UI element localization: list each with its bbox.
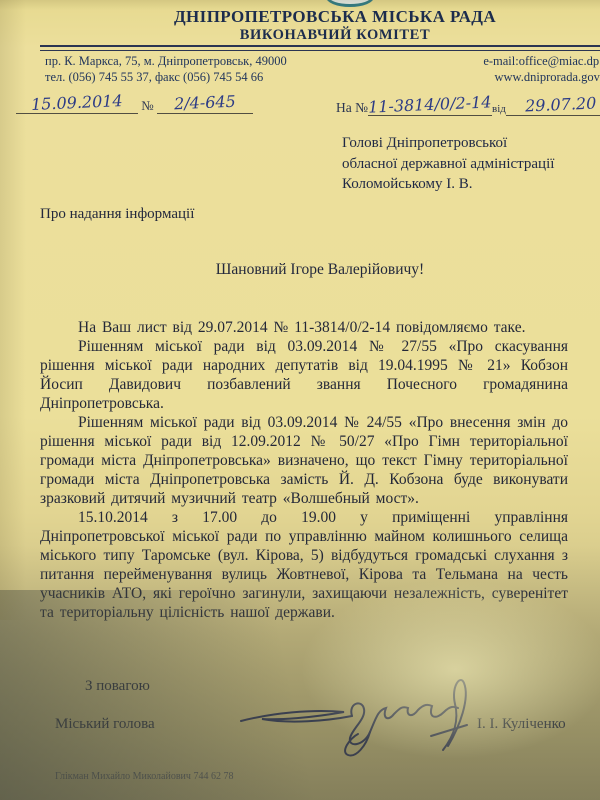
outgoing-number-handwritten: 2/4-645 bbox=[174, 92, 236, 114]
salutation: Шановний Ігоре Валерійовичу! bbox=[40, 261, 600, 279]
addressee-block: Голові Дніпропетровської обласної держав… bbox=[342, 133, 554, 195]
address-line-1: пр. К. Маркса, 75, м. Дніпропетровськ, 4… bbox=[45, 53, 287, 69]
addressee-line-3: Коломойському І. В. bbox=[342, 174, 554, 195]
number-sign-label: № bbox=[141, 98, 153, 113]
incoming-date-line: 29.07.20 bbox=[506, 94, 600, 116]
incoming-reference: На №11-3814/0/2-14від29.07.20 bbox=[336, 94, 600, 116]
outgoing-reference: 15.09.2014 № 2/4-645 bbox=[16, 92, 253, 114]
incoming-number-handwritten: 11-3814/0/2-14 bbox=[368, 92, 492, 116]
reply-to-label: На № bbox=[336, 100, 368, 115]
signer-name: І. І. Куліченко bbox=[477, 716, 566, 733]
body-paragraph-2: Рішенням міської ради від 03.09.2014 № 2… bbox=[40, 337, 568, 413]
letterhead-divider bbox=[40, 45, 600, 51]
addressee-line-1: Голові Дніпропетровської bbox=[342, 133, 554, 154]
addressee-line-2: обласної державної адміністрації bbox=[342, 154, 554, 175]
closing-regards: З повагою bbox=[85, 678, 150, 695]
letterhead-address: пр. К. Маркса, 75, м. Дніпропетровськ, 4… bbox=[45, 53, 287, 85]
body-paragraph-3: Рішенням міської ради від 03.09.2014 № 2… bbox=[40, 413, 568, 508]
incoming-date-handwritten: 29.07.20 bbox=[525, 93, 597, 115]
scanned-letter-page: ДНІПРОПЕТРОВСЬКА МІСЬКА РАДА ВИКОНАВЧИЙ … bbox=[0, 0, 600, 800]
organization-name: ДНІПРОПЕТРОВСЬКА МІСЬКА РАДА bbox=[70, 7, 600, 27]
signer-position: Міський голова bbox=[55, 716, 155, 733]
email-line: e-mail:office@miac.dp.ua bbox=[483, 53, 600, 69]
organization-unit: ВИКОНАВЧИЙ КОМІТЕТ bbox=[70, 27, 600, 44]
incoming-number-line: 11-3814/0/2-14 bbox=[368, 94, 492, 116]
subject-line: Про надання інформації bbox=[40, 206, 194, 223]
letterhead-contacts: e-mail:office@miac.dp.ua www.dniprorada.… bbox=[483, 53, 600, 85]
website-line: www.dniprorada.gov.ua bbox=[483, 69, 600, 85]
address-line-2: тел. (056) 745 55 37, факс (056) 745 54 … bbox=[45, 69, 287, 85]
executor-contact: Глікман Михайло Миколайович 744 62 78 bbox=[55, 771, 233, 782]
letter-body: На Ваш лист від 29.07.2014 № 11-3814/0/2… bbox=[40, 318, 568, 622]
handwritten-signature bbox=[238, 672, 486, 772]
body-paragraph-4: 15.10.2014 з 17.00 до 19.00 у приміщенні… bbox=[40, 508, 568, 622]
outgoing-number-line: 2/4-645 bbox=[157, 92, 253, 114]
vid-label: від bbox=[492, 103, 506, 115]
outgoing-date-handwritten: 15.09.2014 bbox=[31, 91, 123, 114]
body-paragraph-1: На Ваш лист від 29.07.2014 № 11-3814/0/2… bbox=[40, 318, 568, 337]
city-emblem-icon bbox=[326, 0, 374, 7]
outgoing-date-line: 15.09.2014 bbox=[16, 92, 138, 114]
